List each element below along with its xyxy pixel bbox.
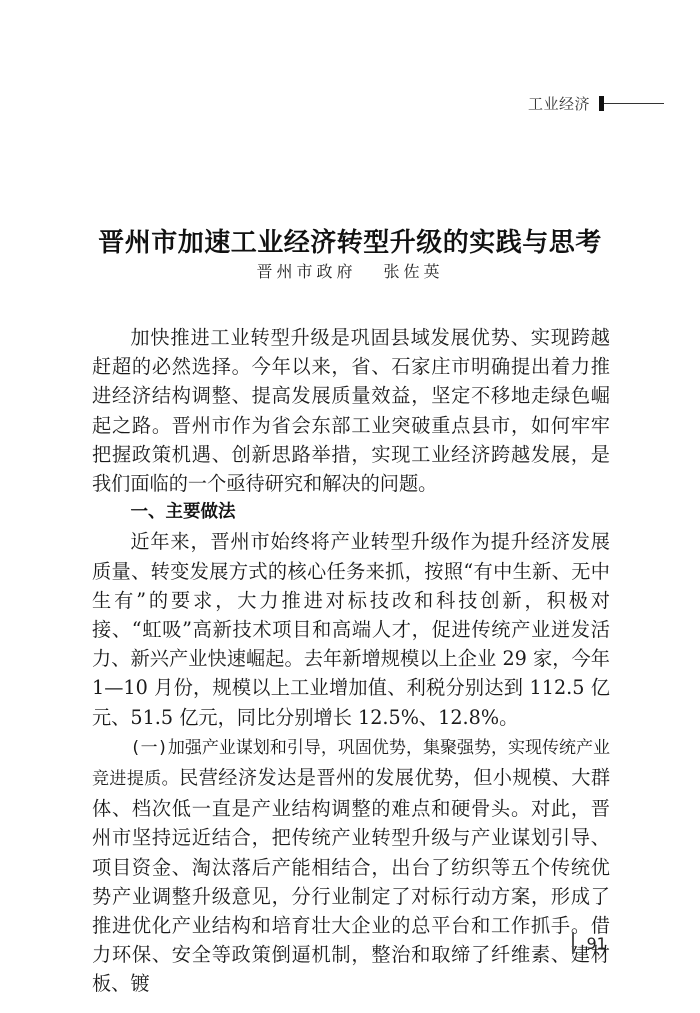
article-title: 晋州市加速工业经济转型升级的实践与思考: [0, 222, 700, 259]
footer-divider-bar: [572, 932, 574, 954]
subsection-paragraph: (一)加强产业谋划和引导，巩固优势，集聚强势，实现传统产业竞进提质。民营经济发达…: [92, 732, 610, 999]
author-name: 张佐英: [384, 262, 444, 281]
section-name: 工业经济: [528, 93, 590, 114]
subsection-text: 民营经济发达是晋州的发展优势，但小规模、大群体、档次低一直是产业结构调整的难点和…: [92, 766, 610, 995]
page-footer: 91: [572, 932, 607, 954]
article-body: 加快推进工业转型升级是巩固县域发展优势、实现跨越赶超的必然选择。今年以来，省、石…: [92, 323, 610, 999]
running-header: 工业经济: [528, 92, 664, 114]
section-paragraph: 近年来，晋州市始终将产业转型升级作为提升经济发展质量、转变发展方式的核心任务来抓…: [92, 527, 610, 731]
section-heading: 一、主要做法: [92, 498, 610, 527]
page-number: 91: [587, 934, 607, 953]
author-organization: 晋州市政府: [256, 262, 356, 281]
byline: 晋州市政府 张佐英: [0, 259, 700, 282]
header-rule-line: [604, 103, 664, 104]
intro-paragraph: 加快推进工业转型升级是巩固县域发展优势、实现跨越赶超的必然选择。今年以来，省、石…: [92, 323, 610, 498]
